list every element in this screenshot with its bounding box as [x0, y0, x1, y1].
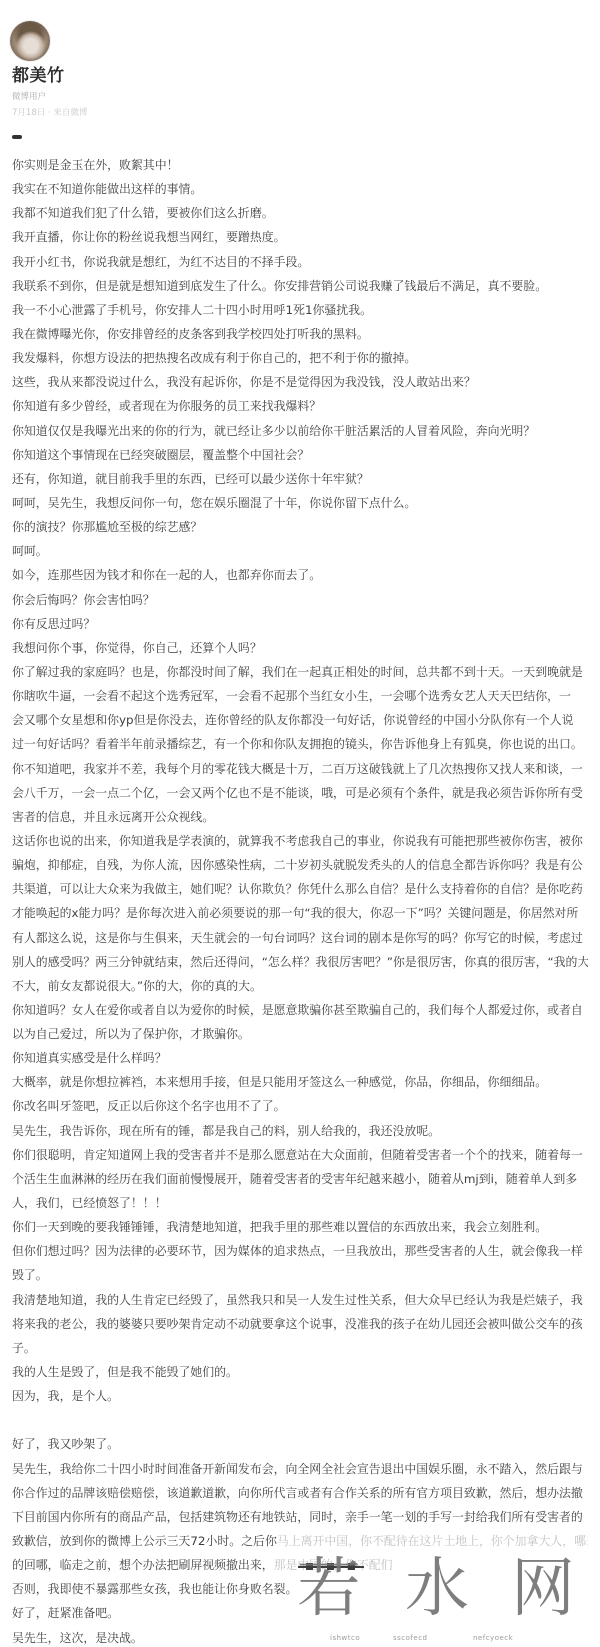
blank-line — [12, 1408, 588, 1432]
paragraph: 呵呵，吴先生，我想反问你一句，您在娱乐圈混了十年，你说你留下点什么。 — [12, 491, 588, 515]
text-line: 骗炮，抑郁症，自残，为你人流，因你感染性病，二十岁初头就脱发秃头的人的信息全都告… — [12, 853, 588, 877]
paragraph: 你知道这个事情现在已经突破圈层，覆盖整个中国社会？ — [12, 443, 588, 467]
text-line: 你有反思过吗？ — [12, 612, 588, 636]
paragraph: 你改名叫牙签吧，反正以后你这个名字也用不了了。 — [12, 1094, 588, 1118]
text-line: 个活生生血淋淋的经历在我们面前慢慢展开，随着受害者的受害年纪越来越小，随着从mj… — [12, 1167, 588, 1191]
text-line: 我联系不到你，但是就是想知道到底发生了什么。你安排营销公司说我赚了钱最后不满足，… — [12, 274, 588, 298]
text-line: 你知道真实感受是什么样吗？ — [12, 1046, 588, 1070]
text-line: 吴先生，我给你二十四小时时间准备开新闻发布会，向全网全社会宣告退出中国娱乐圈，永… — [12, 1457, 588, 1481]
text-line: 你了解过我的家庭吗？也是，你都没时间了解，我们在一起真正相处的时间，总共都不到十… — [12, 660, 588, 684]
text-line: 我实在不知道你能做出这样的事情。 — [12, 177, 588, 201]
text-segment-faded: 马上离开中国，你不配待在这片土地上，你个加拿大人，哪来 — [277, 1534, 588, 1548]
paragraph: 你实则是金玉在外，败絮其中！ — [12, 153, 588, 177]
text-line: 你的演技？你那尴尬至极的综艺感？ — [12, 515, 588, 539]
paragraph: 你知道吗？女人在爱你或者自以为爱你的时候，是愿意欺骗你甚至欺骗自己的，我们每个人… — [12, 998, 588, 1046]
text-line: 但你们想过吗？因为法律的必要环节，因为媒体的追求热点，一旦我放出，那些受害者的人… — [12, 1239, 588, 1263]
paragraph: 好了，我又吵架了。 — [12, 1432, 588, 1456]
text-line: 如今，连那些因为钱才和你在一起的人，也都弃你而去了。 — [12, 563, 588, 587]
text-line: 我想问你个事，你觉得，你自己，还算个人吗？ — [12, 636, 588, 660]
post-body: 你实则是金玉在外，败絮其中！ 我实在不知道你能做出这样的事情。 我都不知道我们犯… — [12, 153, 588, 1647]
paragraph: 你知道有多少曾经，或者现在为你服务的员工来找我爆料？ — [12, 394, 588, 418]
text-line: 这些，我从来都没说过什么，我没有起诉你，你是不是觉得因为我没钱，没人敢站出来？ — [12, 370, 588, 394]
paragraph: 我一不小心泄露了手机号，你安排人二十四小时用呼1死1你骚扰我。 — [12, 298, 588, 322]
paragraph: 但你们想过吗？因为法律的必要环节，因为媒体的追求热点，一旦我放出，那些受害者的人… — [12, 1239, 588, 1287]
text-line: 致歉信，放到你的微博上公示三天72小时。之后你马上离开中国，你不配待在这片土地上… — [12, 1529, 588, 1553]
text-line: 共渠道，可以让大众来为我做主，她们呢？认你欺负？你凭什么那么自信？是什么支持着你… — [12, 877, 588, 901]
text-line: 我的人生是毁了，但是我不能毁了她们的。 — [12, 1360, 588, 1384]
text-line: 你们一天到晚的要我锤锤锤，我清楚地知道，把我手里的那些难以置信的东西放出来，我会… — [12, 1215, 588, 1239]
paragraph: 大概率，就是你想拉裤裆，本来想用手接，但是只能用牙签这么一种感觉，你品，你细品，… — [12, 1070, 588, 1094]
text-line: 我开直播，你让你的粉丝说我想当网红，要蹭热度。 — [12, 225, 588, 249]
divider-dash — [12, 135, 22, 139]
text-line: 你会后悔吗？你会害怕吗？ — [12, 588, 588, 612]
watermark-char: 水 — [404, 1552, 470, 1626]
paragraph: 呵呵。 — [12, 539, 588, 563]
paragraph: 你会后悔吗？你会害怕吗？ — [12, 588, 588, 612]
text-line: 这话你也说的出来，你知道我是学表演的，就算我不考虑我自己的事业，你说我有可能把那… — [12, 829, 588, 853]
text-line: 大概率，就是你想拉裤裆，本来想用手接，但是只能用牙签这么一种感觉，你品，你细品，… — [12, 1070, 588, 1094]
text-line: 好了，我又吵架了。 — [12, 1432, 588, 1456]
text-line: 你不知道吧，我家并不差，我每个月的零花钱大概是十万，二百万这破钱就上了几次热搜你… — [12, 757, 588, 781]
paragraph: 如今，连那些因为钱才和你在一起的人，也都弃你而去了。 — [12, 563, 588, 587]
text-line: 毁了。 — [12, 1263, 588, 1287]
watermark-char: 若 — [296, 1552, 362, 1626]
watermark-subtext: ishwtco — [330, 1633, 360, 1643]
paragraph: 我开小红书，你说我就是想红，为红不达目的不择手段。 — [12, 250, 588, 274]
paragraph: 我发爆料，你想方设法的把热搜名改成有利于你自己的，把不利于你的撤掉。 — [12, 346, 588, 370]
text-line: 你实则是金玉在外，败絮其中！ — [12, 153, 588, 177]
text-line: 我开小红书，你说我就是想红，为红不达目的不择手段。 — [12, 250, 588, 274]
text-line: 你知道这个事情现在已经突破圈层，覆盖整个中国社会？ — [12, 443, 588, 467]
text-line: 别人的感受吗？两三分钟就结束，然后还得问，“怎么样？我很厉害吧？”你是很厉害，你… — [12, 950, 588, 974]
text-line: 以为自己爱过，所以为了保护你，才欺骗你。 — [12, 1022, 588, 1046]
paragraph: 因为，我，是个人。 — [12, 1384, 588, 1408]
paragraph: 你有反思过吗？ — [12, 612, 588, 636]
paragraph: 我想问你个事，你觉得，你自己，还算个人吗？ — [12, 636, 588, 660]
paragraph: 你们很聪明，肯定知道网上我的受害者并不是那么愿意站在大众面前，但随着受害者一个个… — [12, 1143, 588, 1215]
text-line: 呵呵。 — [12, 539, 588, 563]
paragraph: 这话你也说的出来，你知道我是学表演的，就算我不考虑我自己的事业，你说我有可能把那… — [12, 829, 588, 998]
text-line: 我清楚地知道，我的人生肯定已经毁了，虽然我只和吴一人发生过性关系，但大众早已经认… — [12, 1288, 588, 1312]
paragraph: 我开直播，你让你的粉丝说我想当网红，要蹭热度。 — [12, 225, 588, 249]
text-line: 你知道吗？女人在爱你或者自以为爱你的时候，是愿意欺骗你甚至欺骗自己的，我们每个人… — [12, 998, 588, 1022]
text-line: 害者的信息，并且永远离开公众视线。 — [12, 805, 588, 829]
author-name[interactable]: 都美竹 — [12, 66, 65, 86]
text-line: 有人都这么说，这是你与生俱来，天生就会的一句台词吗？这台词的剧本是你写的吗？你写… — [12, 926, 588, 950]
paragraph: 你的演技？你那尴尬至极的综艺感？ — [12, 515, 588, 539]
paragraph: 你们一天到晚的要我锤锤锤，我清楚地知道，把我手里的那些难以置信的东西放出来，我会… — [12, 1215, 588, 1239]
text-segment: 的回哪，临走之前，想个办法把刷屏视频撤出来， — [12, 1558, 274, 1572]
post-date-line: 7月18日 · 来自微博 — [12, 107, 87, 119]
text-line: 你合作过的品牌该赔偿赔偿，该道歉道歉，向你所代言或者有合作关系的所有官方项目致歉… — [12, 1481, 588, 1505]
paragraph: 这些，我从来都没说过什么，我没有起诉你，你是不是觉得因为我没钱，没人敢站出来？ — [12, 370, 588, 394]
paragraph: 你知道真实感受是什么样吗？ — [12, 1046, 588, 1070]
paragraph: 我的人生是毁了，但是我不能毁了她们的。 — [12, 1360, 588, 1384]
text-segment: 致歉信，放到你的微博上公示三天72小时。之后你 — [12, 1534, 277, 1548]
author-subtitle: 微博用户 — [12, 91, 46, 103]
text-line: 将来我的老公，我的婆婆只要吵架肯定动不动就要拿这个说事，没准我的孩子在幼儿园还会… — [12, 1312, 588, 1336]
text-line: 你们很聪明，肯定知道网上我的受害者并不是那么愿意站在大众面前，但随着受害者一个个… — [12, 1143, 588, 1167]
paragraph: 吴先生，我告诉你，现在所有的锤，都是我自己的料，别人给我的，我还没放呢。 — [12, 1119, 588, 1143]
text-line: 我发爆料，你想方设法的把热搜名改成有利于你自己的，把不利于你的撤掉。 — [12, 346, 588, 370]
text-line: 我在微博曝光你，你安排曾经的皮条客到我学校四处打听我的黑料。 — [12, 322, 588, 346]
paragraph: 我联系不到你，但是就是想知道到底发生了什么。你安排营销公司说我赚了钱最后不满足，… — [12, 274, 588, 298]
text-line: 吴先生，我告诉你，现在所有的锤，都是我自己的料，别人给我的，我还没放呢。 — [12, 1119, 588, 1143]
text-line: 我都不知道我们犯了什么错，要被你们这么折磨。 — [12, 201, 588, 225]
text-line: 我一不小心泄露了手机号，你安排人二十四小时用呼1死1你骚扰我。 — [12, 298, 588, 322]
text-line: 你知道有多少曾经，或者现在为你服务的员工来找我爆料？ — [12, 394, 588, 418]
text-line: 你瞎吹牛逼，一会看不起这个选秀冠军，一会看不起那个当红女小生，一会哪个选秀女艺人… — [12, 684, 588, 708]
text-line: 不大，前女友都说很大。”你的大，你的真的大。 — [12, 974, 588, 998]
author-avatar[interactable] — [10, 21, 50, 61]
text-line: 下目前国内你所有的商品产品，包括建筑物还有地铁站，同时，亲手一笔一划的手写一封给… — [12, 1505, 588, 1529]
text-line: 子。 — [12, 1336, 588, 1360]
text-line: 你知道仅仅是我曝光出来的你的行为，就已经让多少以前给你干脏活累活的人冒着风险，奔… — [12, 419, 588, 443]
paragraph: 我实在不知道你能做出这样的事情。 — [12, 177, 588, 201]
text-line: 还有，你知道，就目前我手里的东西，已经可以最少送你十年牢狱？ — [12, 467, 588, 491]
text-line: 你改名叫牙签吧，反正以后你这个名字也用不了了。 — [12, 1094, 588, 1118]
text-line: 因为，我，是个人。 — [12, 1384, 588, 1408]
watermark-subtext: sscofecd — [393, 1633, 428, 1643]
text-line: 呵呵，吴先生，我想反问你一句，您在娱乐圈混了十年，你说你留下点什么。 — [12, 491, 588, 515]
watermark-subtext: nefcyoeck — [473, 1633, 513, 1643]
text-line: 才能唤起的x能力吗？是你每次进入前必须要说的那一句“我的很大，你忍一下”吗？关键… — [12, 901, 588, 925]
text-line: 人，我们，已经愤怒了！！！ — [12, 1191, 588, 1215]
watermark-char: 网 — [510, 1552, 576, 1626]
text-line: 会又哪个女星想和你yp但是你没去，连你曾经的队友你都没一句好话，你说曾经的中国小… — [12, 708, 588, 732]
text-line: 会八千万，一会一点二个亿，一会又两个亿也不是不能谈，哦，可是必须有个条件，就是我… — [12, 781, 588, 805]
paragraph: 我都不知道我们犯了什么错，要被你们这么折磨。 — [12, 201, 588, 225]
paragraph: 我在微博曝光你，你安排曾经的皮条客到我学校四处打听我的黑料。 — [12, 322, 588, 346]
paragraph: 你知道仅仅是我曝光出来的你的行为，就已经让多少以前给你干脏活累活的人冒着风险，奔… — [12, 419, 588, 443]
paragraph: 还有，你知道，就目前我手里的东西，已经可以最少送你十年牢狱？ — [12, 467, 588, 491]
text-line: 过一句好话吗？看着半年前录播综艺，有一个你和你队友拥抱的镜头，你告诉他身上有狐臭… — [12, 732, 588, 756]
paragraph: 你了解过我的家庭吗？也是，你都没时间了解，我们在一起真正相处的时间，总共都不到十… — [12, 660, 588, 829]
paragraph: 我清楚地知道，我的人生肯定已经毁了，虽然我只和吴一人发生过性关系，但大众早已经认… — [12, 1288, 588, 1360]
